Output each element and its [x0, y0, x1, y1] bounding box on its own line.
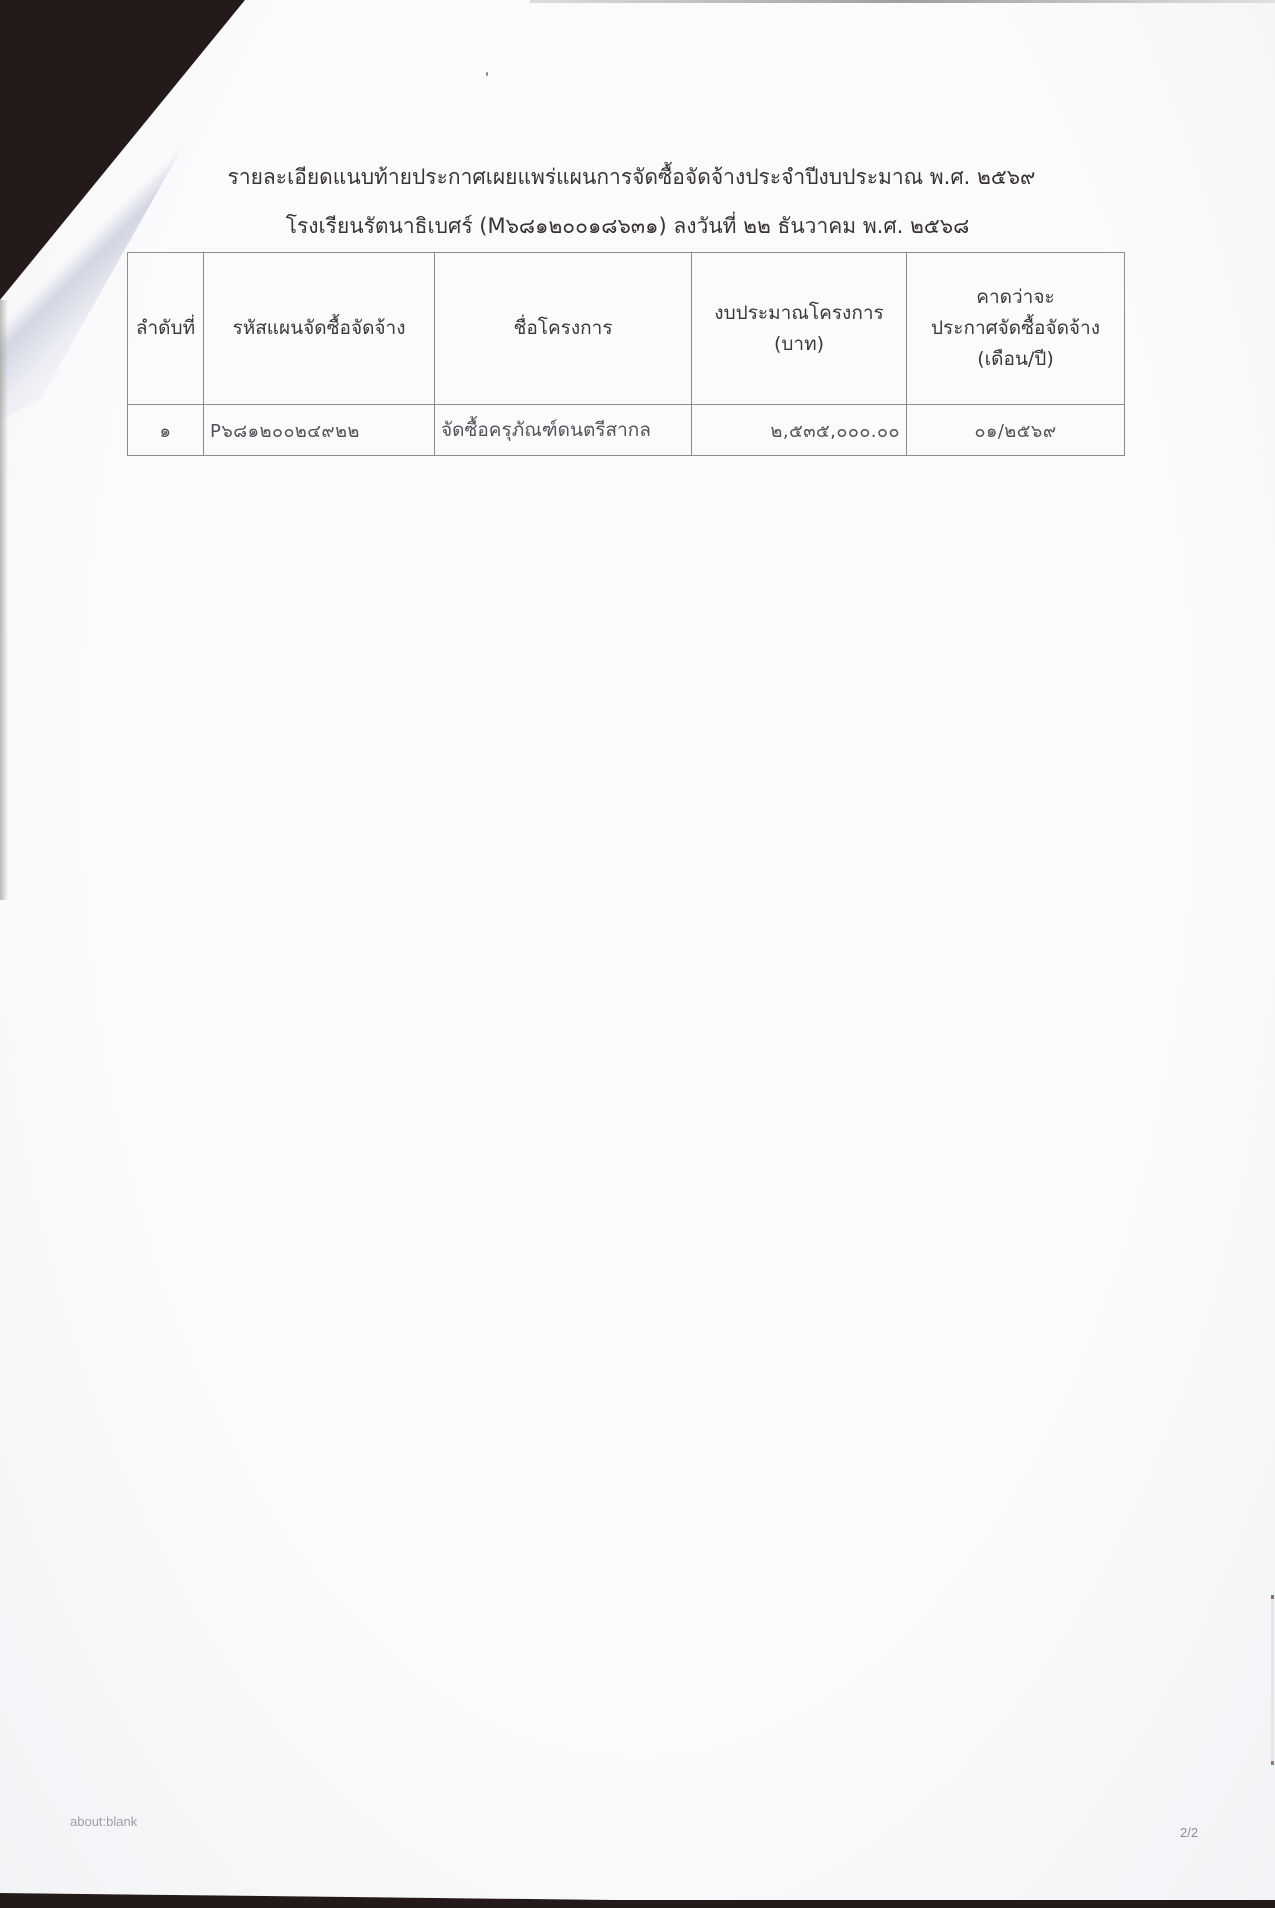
header-expected-unit: (เดือน/ปี) — [977, 348, 1054, 370]
header-budget: งบประมาณโครงการ (บาท) — [692, 253, 907, 405]
cell-no: ๑ — [128, 405, 204, 456]
cell-budget: ๒,๕๓๕,๐๐๐.๐๐ — [692, 405, 907, 456]
header-budget-label: งบประมาณโครงการ — [714, 302, 883, 324]
table-header-row: ลำดับที่ รหัสแผนจัดซื้อจัดจ้าง ชื่อโครงก… — [128, 253, 1125, 405]
document-subtitle: โรงเรียนรัตนาธิเบศร์ (M๖๘๑๒๐๐๑๘๖๓๑) ลงวั… — [0, 210, 1265, 243]
header-no-label: ลำดับที่ — [136, 317, 195, 339]
header-budget-unit: (บาท) — [774, 333, 824, 355]
paper-speck — [486, 72, 488, 76]
document-page: รายละเอียดแนบท้ายประกาศเผยแพร่แผนการจัดซ… — [0, 0, 1275, 1900]
header-project-name: ชื่อโครงการ — [435, 253, 692, 405]
cell-plan-code: P๖๘๑๒๐๐๒๔๙๒๒ — [204, 405, 435, 456]
print-footer-url: about:blank — [70, 1814, 137, 1829]
header-expected-label-2: ประกาศจัดซื้อจัดจ้าง — [931, 317, 1100, 339]
header-no: ลำดับที่ — [128, 253, 204, 405]
page-number: 2/2 — [1180, 1825, 1198, 1840]
header-project-name-label: ชื่อโครงการ — [513, 317, 612, 339]
paper-left-edge — [0, 300, 8, 900]
table-row: ๑ P๖๘๑๒๐๐๒๔๙๒๒ จัดซื้อครุภัณฑ์ดนตรีสากล … — [128, 405, 1125, 456]
header-expected-announce: คาดว่าจะ ประกาศจัดซื้อจัดจ้าง (เดือน/ปี) — [907, 253, 1125, 405]
header-plan-code-label: รหัสแผนจัดซื้อจัดจ้าง — [232, 317, 405, 339]
header-plan-code: รหัสแผนจัดซื้อจัดจ้าง — [204, 253, 435, 405]
document-title: รายละเอียดแนบท้ายประกาศเผยแพร่แผนการจัดซ… — [0, 161, 1269, 194]
cell-project-name: จัดซื้อครุภัณฑ์ดนตรีสากล — [435, 405, 692, 456]
procurement-plan-table: ลำดับที่ รหัสแผนจัดซื้อจัดจ้าง ชื่อโครงก… — [127, 252, 1125, 456]
header-expected-label-1: คาดว่าจะ — [976, 286, 1054, 308]
paper-top-edge — [530, 0, 1275, 3]
paper-right-edge-mark — [1271, 1595, 1274, 1765]
cell-expected-announce: ๐๑/๒๕๖๙ — [907, 405, 1125, 456]
